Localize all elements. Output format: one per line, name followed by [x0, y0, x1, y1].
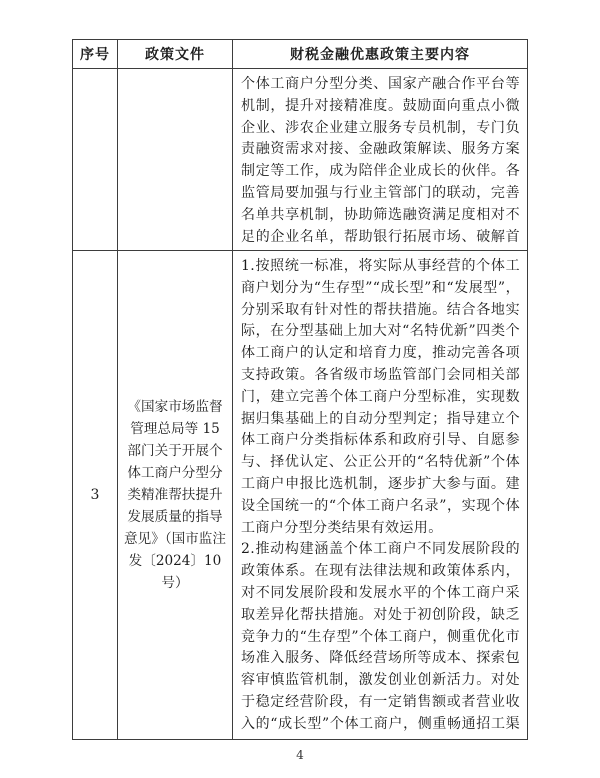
- policy-content-cell: 1.按照统一标准，将实际从事经营的个体工商户划分为“生存型”“成长型”和“发展型…: [233, 251, 528, 740]
- content-paragraph: 1.按照统一标准，将实际从事经营的个体工商户划分为“生存型”“成长型”和“发展型…: [241, 256, 520, 539]
- column-header-policy-document: 政策文件: [118, 40, 233, 69]
- paragraph-text: 2.推动构建涵盖个体工商户不同发展阶段的政策体系。在现有法律法规和政策体系内，对…: [241, 541, 520, 735]
- column-header-policy-content: 财税金融优惠政策主要内容: [233, 40, 528, 69]
- table-row: 个体工商户分型分类、国家产融合作平台等机制，提升对接精准度。鼓励面向重点小微企业…: [73, 69, 528, 251]
- policy-table: 序号 政策文件 财税金融优惠政策主要内容 个体工商户分型分类、国家产融合作平台等…: [72, 39, 528, 740]
- content-paragraph: 2.推动构建涵盖个体工商户不同发展阶段的政策体系。在现有法律法规和政策体系内，对…: [241, 539, 520, 735]
- policy-content-text: 1.按照统一标准，将实际从事经营的个体工商户划分为“生存型”“成长型”和“发展型…: [233, 251, 527, 735]
- page-number: 4: [0, 748, 600, 762]
- policy-content-text: 个体工商户分型分类、国家产融合作平台等机制，提升对接精准度。鼓励面向重点小微企业…: [233, 69, 527, 245]
- seq-cell: [73, 69, 118, 251]
- policy-document-cell: [118, 69, 233, 251]
- table-row: 3 《国家市场监督管理总局等 15 部门关于开展个体工商户分型分类精准帮扶提升发…: [73, 251, 528, 740]
- document-page: 序号 政策文件 财税金融优惠政策主要内容 个体工商户分型分类、国家产融合作平台等…: [0, 0, 600, 778]
- policy-content-cell: 个体工商户分型分类、国家产融合作平台等机制，提升对接精准度。鼓励面向重点小微企业…: [233, 69, 528, 251]
- table-header-row: 序号 政策文件 财税金融优惠政策主要内容: [73, 40, 528, 69]
- seq-cell: 3: [73, 251, 118, 740]
- content-paragraph: 个体工商户分型分类、国家产融合作平台等机制，提升对接精准度。鼓励面向重点小微企业…: [241, 74, 520, 245]
- column-header-seq: 序号: [73, 40, 118, 69]
- policy-document-cell: 《国家市场监督管理总局等 15 部门关于开展个体工商户分型分类精准帮扶提升发展质…: [118, 251, 233, 740]
